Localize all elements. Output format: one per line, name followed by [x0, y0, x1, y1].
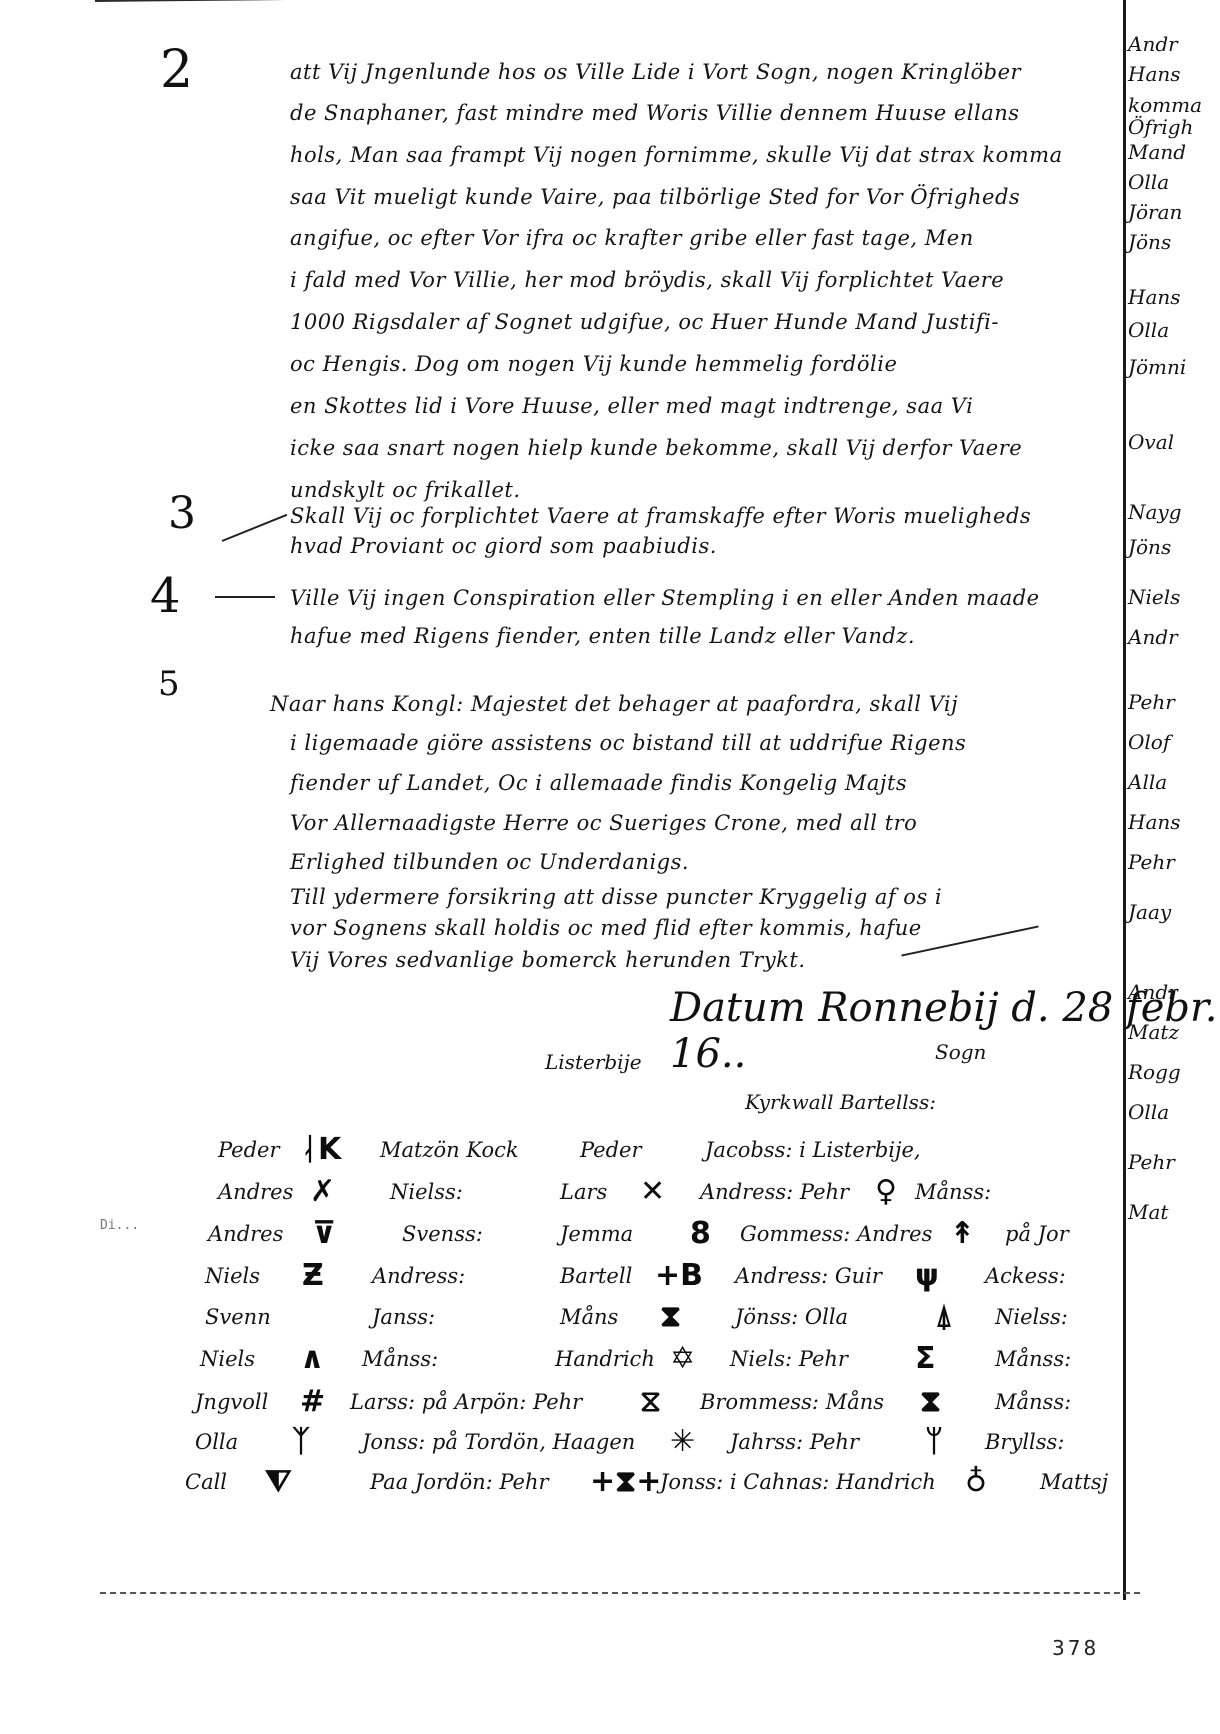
right-margin-word: Jöns — [1128, 535, 1171, 559]
signer-surname: Månss: — [995, 1347, 1071, 1371]
house-mark-icon: # — [300, 1384, 325, 1419]
section-2-line: en Skottes lid i Vore Huuse, eller med m… — [290, 394, 973, 418]
house-mark-icon: ✕ — [640, 1174, 665, 1209]
right-margin-word: Olla — [1128, 318, 1169, 342]
signer-surname: Janss: — [372, 1305, 435, 1329]
section-5-line: Erlighed tilbunden oc Underdanigs. — [290, 850, 689, 874]
signer-surname: Niels: Pehr — [730, 1347, 848, 1371]
section-5-line: i ligemaade giöre assistens oc bistand t… — [290, 731, 966, 755]
right-margin-word: Pehr — [1128, 850, 1175, 874]
signature-heading-right: Kyrkwall Bartellss: — [745, 1090, 936, 1114]
section-2-line: saa Vit mueligt kunde Vaire, paa tilbörl… — [290, 185, 1020, 209]
signature-row: Andres ✗ Nielss: Lars ✕ Andress: Pehr ♀ … — [0, 1180, 1140, 1220]
signer-surname: Månss: — [362, 1347, 438, 1371]
section-5-line: Naar hans Kongl: Majestet det behager at… — [270, 692, 958, 716]
signer-name: Lars — [560, 1180, 607, 1204]
signer-surname: Matzön Kock — [380, 1138, 519, 1162]
right-margin-word: Nayg — [1128, 500, 1182, 524]
right-margin-word: Olof — [1128, 730, 1170, 754]
signer-name: Peder — [580, 1138, 642, 1162]
section-5-line: fiender uf Landet, Oc i allemaade findis… — [290, 771, 907, 795]
section-3-arrow — [222, 514, 288, 542]
house-mark-icon: ⧖ — [640, 1384, 661, 1419]
house-mark-icon: ᛉ — [292, 1424, 310, 1459]
right-margin-word: Hans — [1128, 810, 1181, 834]
section-2-line: oc Hengis. Dog om nogen Vij kunde hemmel… — [290, 352, 897, 376]
signer-surname: Ackess: — [985, 1264, 1066, 1288]
signature-heading-sogn: Sogn — [935, 1040, 986, 1064]
right-margin-word: Matz — [1128, 1020, 1179, 1044]
signature-row: Svenn Janss: Måns ⧗ Jönss: Olla ⍋ Nielss… — [0, 1305, 1140, 1345]
signature-row: Andres ⊽ Svenss: Jemma 8 Gommess: Andres… — [0, 1222, 1140, 1262]
house-mark-icon: ♁ — [965, 1464, 987, 1499]
signer-surname: Nielss: — [995, 1305, 1068, 1329]
signer-surname: Andress: Guir — [735, 1264, 882, 1288]
section-3-line: hvad Proviant oc giord som paabiudis. — [290, 534, 717, 558]
right-margin-word: Alla — [1128, 770, 1167, 794]
right-margin-word: Niels — [1128, 585, 1180, 609]
right-margin-word: Jömni — [1128, 355, 1186, 379]
right-margin-word: komma — [1128, 93, 1202, 117]
signer-surname: Brommess: Måns — [700, 1390, 884, 1414]
section-2-line: undskylt oc frikallet. — [290, 478, 521, 502]
signer-name: Niels — [205, 1264, 260, 1288]
signer-name: Svenn — [205, 1305, 271, 1329]
house-mark-icon: ᛆK — [300, 1132, 341, 1167]
archive-page-number: 378 — [1052, 1636, 1099, 1660]
house-mark-icon: ⧗ — [660, 1299, 681, 1334]
house-mark-icon: ᛘ — [925, 1424, 943, 1459]
section-2-line: 1000 Rigsdaler af Sognet udgifue, oc Hue… — [290, 310, 999, 334]
right-margin-word: Jaay — [1128, 900, 1171, 924]
house-mark-icon: ✳ — [670, 1424, 695, 1459]
signature-row: Niels ∧ Månss: Handrich ✡ Niels: Pehr Σ … — [0, 1347, 1140, 1387]
section-number-2: 2 — [160, 40, 193, 100]
right-margin-word: Rogg — [1128, 1060, 1181, 1084]
signer-name: Call — [185, 1470, 227, 1494]
signer-surname: Jonss: i Cahnas: Handrich — [660, 1470, 936, 1494]
signer-name: Andres — [208, 1222, 283, 1246]
signer-name: Måns — [560, 1305, 618, 1329]
signer-name: Bartell — [560, 1264, 632, 1288]
signer-name: Andres — [218, 1180, 293, 1204]
right-margin-word: Mand — [1128, 140, 1186, 164]
signer-name: Olla — [195, 1430, 238, 1454]
section-2-line: att Vij Jngenlunde hos os Ville Lide i V… — [290, 60, 1021, 84]
signature-row: Jngvoll # Larss: på Arpön: Pehr ⧖ Bromme… — [0, 1390, 1140, 1430]
house-mark-icon: ∧ — [300, 1341, 324, 1376]
section-2-line: icke saa snart nogen hielp kunde bekomme… — [290, 436, 1022, 460]
house-mark-icon: +B — [655, 1258, 703, 1293]
house-mark-icon: 8 — [690, 1216, 711, 1251]
signer-surname: Månss: — [995, 1390, 1071, 1414]
signer-surname: Andress: Pehr — [700, 1180, 849, 1204]
right-margin-word: Hans — [1128, 62, 1181, 86]
section-4-line: hafue med Rigens fiender, enten tille La… — [290, 624, 915, 648]
right-margin-word: Olla — [1128, 170, 1169, 194]
house-mark-icon: +⧗+ — [590, 1464, 661, 1499]
signer-surname: Larss: på Arpön: Pehr — [350, 1390, 582, 1414]
right-margin-word: Andr — [1128, 32, 1178, 56]
right-margin-word: Pehr — [1128, 1150, 1175, 1174]
section-number-5: 5 — [158, 664, 180, 704]
signer-surname: Paa Jordön: Pehr — [370, 1470, 549, 1494]
signer-surname: Svenss: — [402, 1222, 483, 1246]
closing-flourish — [901, 925, 1038, 956]
signature-row: Niels Ƶ Andress: Bartell +B Andress: Gui… — [0, 1264, 1140, 1304]
signer-surname: Andress: — [372, 1264, 465, 1288]
signer-surname: Jahrss: Pehr — [730, 1430, 859, 1454]
signer-name: Handrich — [555, 1347, 655, 1371]
signature-row: Peder ᛆK Matzön Kock Peder Jacobss: i Li… — [0, 1138, 1140, 1178]
section-5-line: Till ydermere forsikring att disse punct… — [290, 885, 942, 909]
section-number-4: 4 — [150, 568, 181, 624]
house-mark-icon: ✗ — [310, 1174, 335, 1209]
right-margin-word: Jöns — [1128, 230, 1171, 254]
house-mark-icon: ⧗ — [920, 1384, 941, 1419]
right-margin-word: Olla — [1128, 1100, 1169, 1124]
signer-name: Jngvoll — [195, 1390, 268, 1414]
signer-name: Niels — [200, 1347, 255, 1371]
signer-surname: Mattsj — [1040, 1470, 1108, 1494]
house-mark-icon: ⍋ — [935, 1299, 953, 1334]
house-mark-icon: ♀ — [875, 1174, 897, 1209]
house-mark-icon: ↟ — [950, 1216, 975, 1251]
signature-row: Call ⧨ Paa Jordön: Pehr +⧗+ Jonss: i Cah… — [0, 1470, 1140, 1510]
signer-surname: Nielss: — [390, 1180, 463, 1204]
right-margin-word: Pehr — [1128, 690, 1175, 714]
house-mark-icon: ⧨ — [265, 1464, 292, 1499]
right-margin-word: Jöran — [1128, 200, 1182, 224]
page-edge-bottom — [100, 1592, 1140, 1596]
right-margin-word: Öfrigh — [1128, 115, 1193, 139]
section-2-line: de Snaphaner, fast mindre med Woris Vill… — [290, 101, 1020, 125]
house-mark-icon: Σ — [915, 1341, 936, 1376]
page-edge-top — [95, 0, 655, 6]
house-mark-icon: ψ — [915, 1258, 939, 1293]
section-number-3: 3 — [168, 488, 196, 539]
section-4-arrow — [215, 596, 275, 598]
signer-surname: Gommess: Andres — [740, 1222, 932, 1246]
signer-name: Jemma — [560, 1222, 633, 1246]
section-2-line: i fald med Vor Villie, her mod bröydis, … — [290, 268, 1004, 292]
section-2-line: hols, Man saa frampt Vij nogen fornimme,… — [290, 143, 1063, 167]
house-mark-icon: ⊽ — [312, 1216, 336, 1251]
house-mark-icon: Ƶ — [302, 1258, 324, 1293]
right-margin-word: Oval — [1128, 430, 1174, 454]
section-5-line: Vij Vores sedvanlige bomerck herunden Tr… — [290, 948, 806, 972]
right-margin-word: Mat — [1128, 1200, 1168, 1224]
right-margin-word: Andr — [1128, 625, 1178, 649]
signer-surname: Bryllss: — [985, 1430, 1064, 1454]
signer-surname: på Jor — [1005, 1222, 1069, 1246]
right-margin-word: Andr — [1128, 980, 1178, 1004]
signer-surname: Jacobss: i Listerbije, — [705, 1138, 921, 1162]
signer-surname: Jönss: Olla — [735, 1305, 848, 1329]
right-margin-word: Hans — [1128, 285, 1181, 309]
signer-name: Peder — [218, 1138, 280, 1162]
section-5-line: Vor Allernaadigste Herre oc Sueriges Cro… — [290, 811, 917, 835]
signer-surname: Månss: — [915, 1180, 991, 1204]
section-4-line: Ville Vij ingen Conspiration eller Stemp… — [290, 586, 1040, 610]
section-2-line: angifue, oc efter Vor ifra oc krafter gr… — [290, 226, 974, 250]
signature-heading-left: Listerbije — [545, 1050, 642, 1074]
section-3-line: Skall Vij oc forplichtet Vaere at framsk… — [290, 504, 1031, 528]
house-mark-icon: ✡ — [670, 1341, 695, 1376]
section-5-line: vor Sognens skall holdis oc med flid eft… — [290, 916, 922, 940]
signer-surname: Jonss: på Tordön, Haagen — [362, 1430, 635, 1454]
